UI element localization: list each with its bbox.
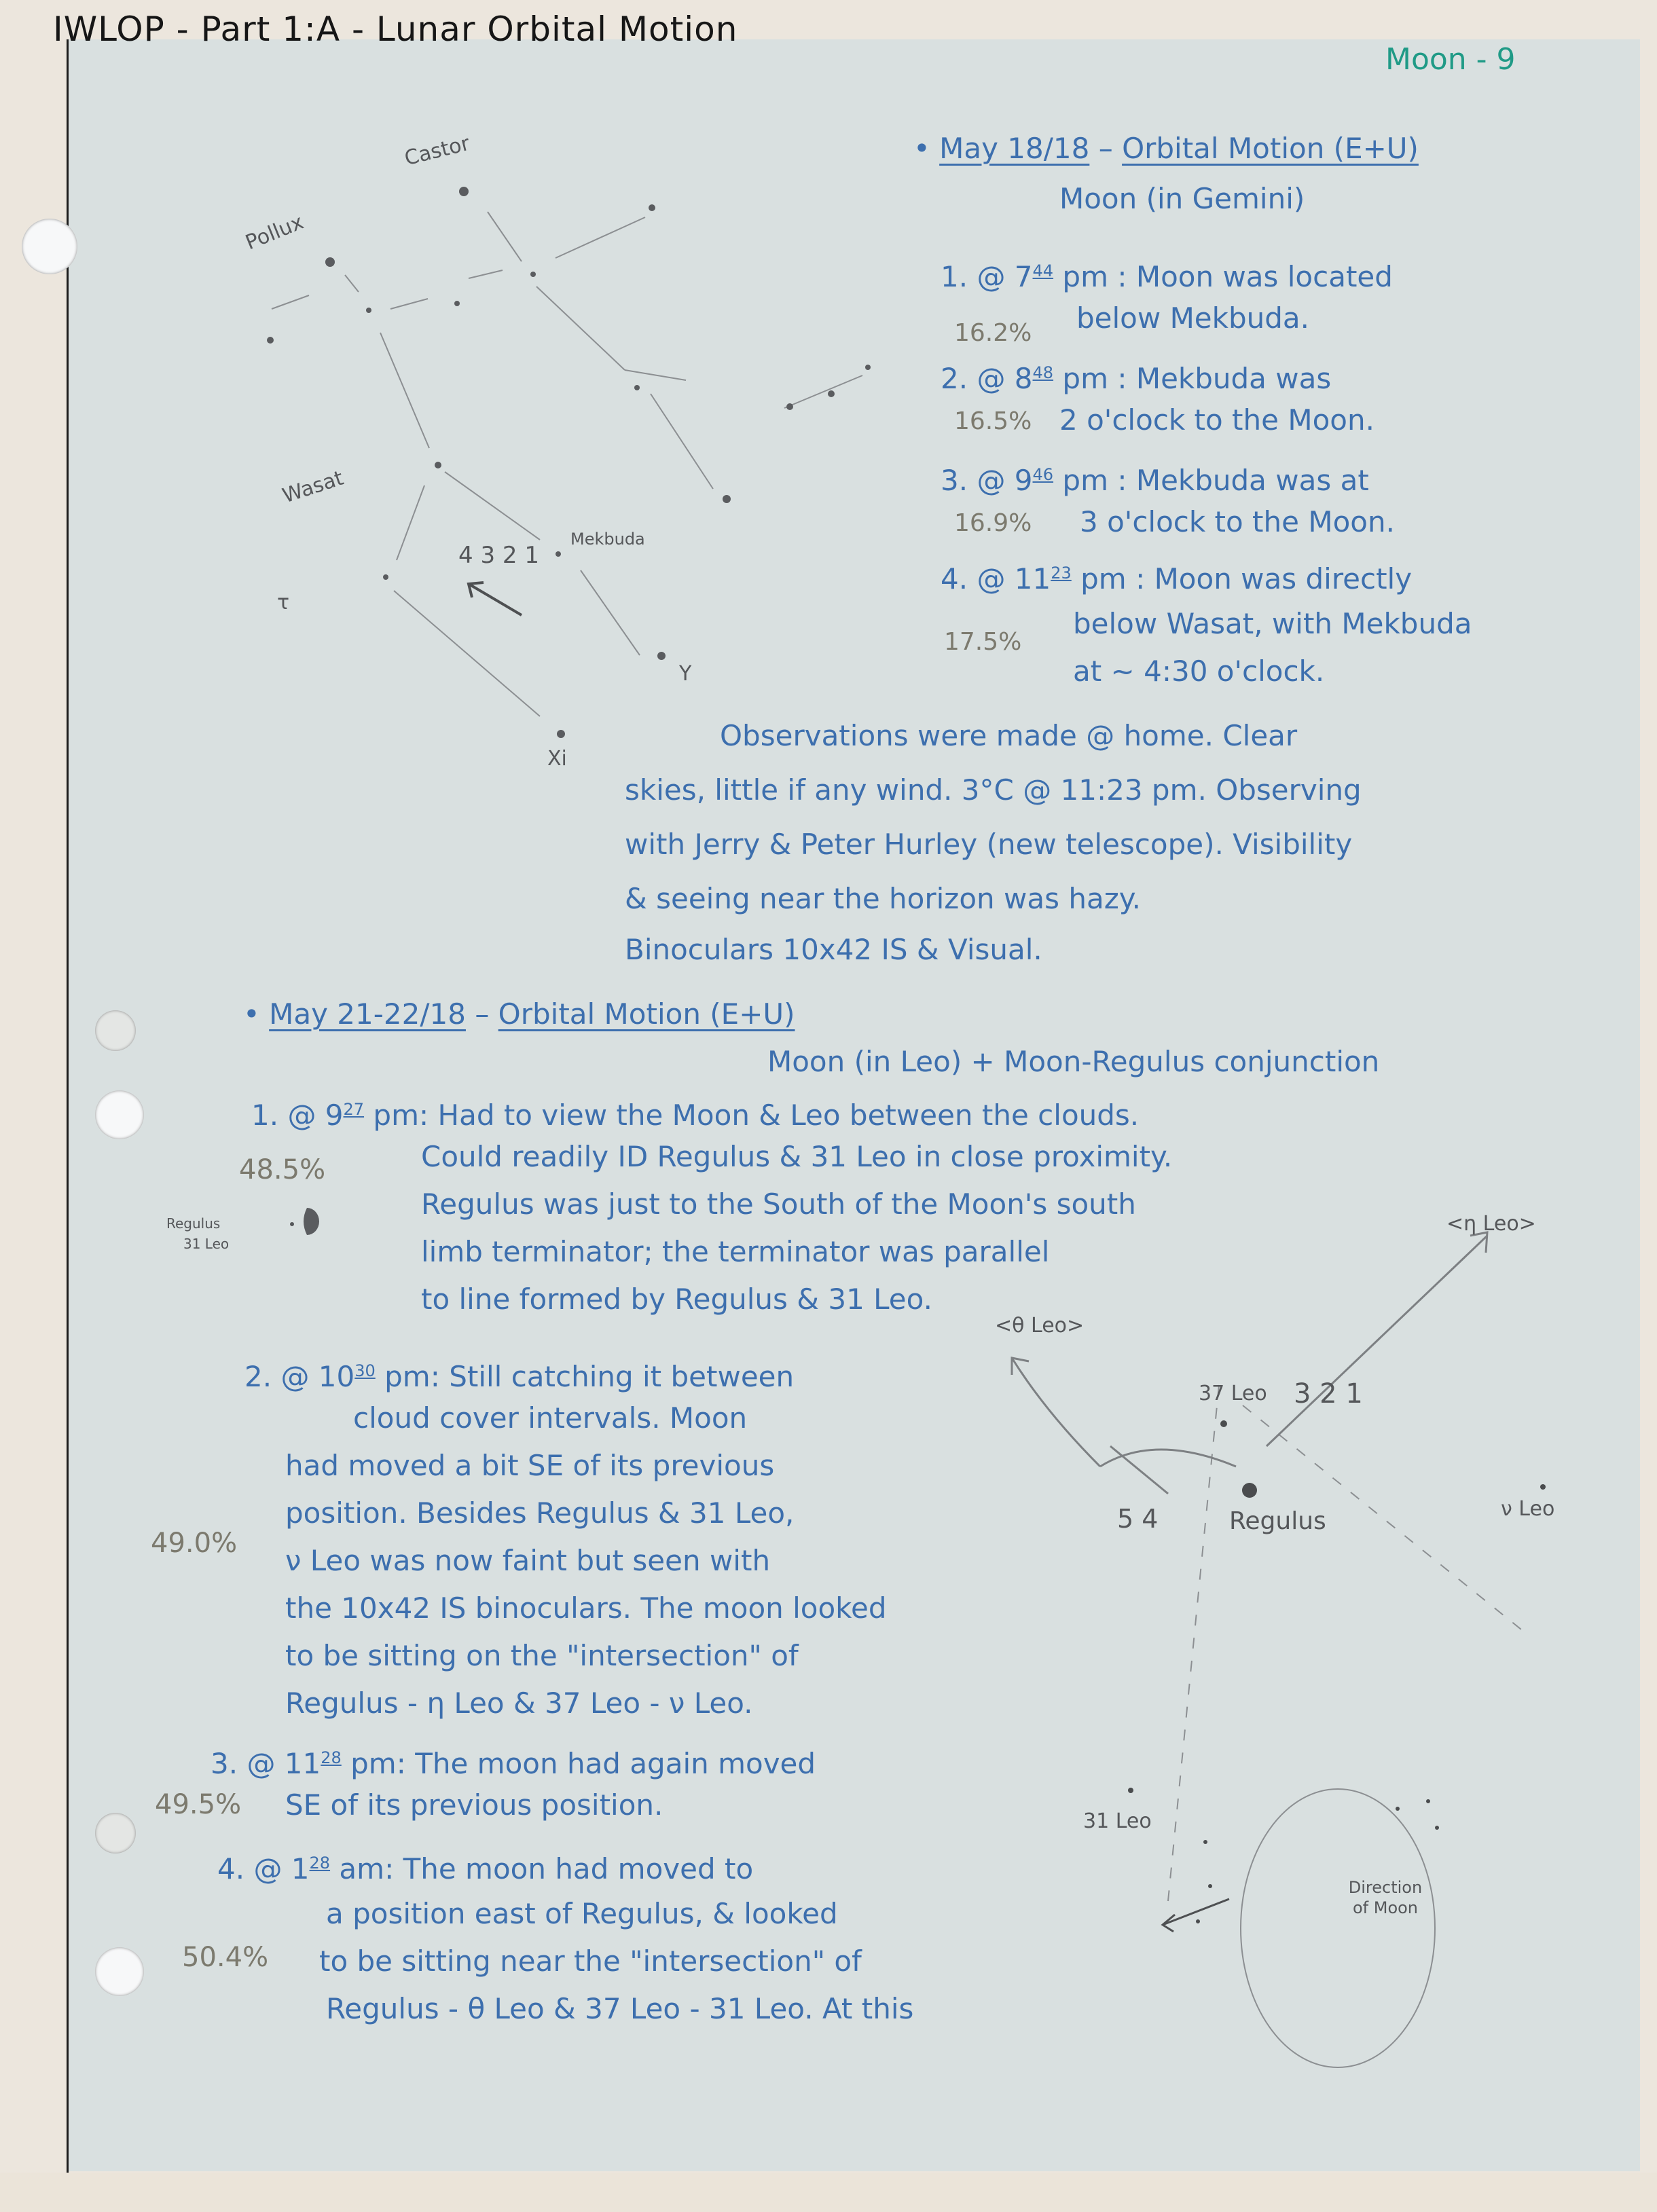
label-positions-54: 5 4 (1117, 1504, 1158, 1534)
label-regulus: Regulus (1229, 1507, 1326, 1535)
label-37-leo: 37 Leo (1199, 1382, 1267, 1405)
label-theta-leo: <θ Leo> (995, 1314, 1084, 1338)
label-positions-321: 3 2 1 (1294, 1378, 1363, 1409)
scan-border (0, 2173, 1657, 2212)
label-eta-leo: <η Leo> (1446, 1212, 1536, 1236)
label-nu-leo: ν Leo (1501, 1497, 1554, 1521)
label-direction-of-moon: Direction of Moon (1348, 1877, 1423, 1918)
label-31-leo: 31 Leo (1083, 1809, 1152, 1833)
